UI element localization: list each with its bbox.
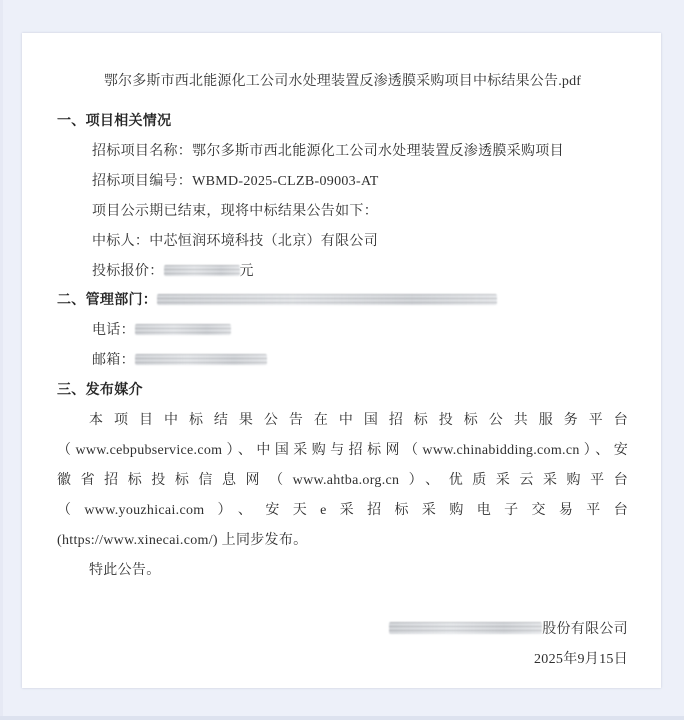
winner-line: 中标人：中芯恒润环境科技（北京）有限公司 bbox=[57, 227, 628, 257]
project-code-line: 招标项目编号：WBMD-2025-CLZB-09003-AT bbox=[57, 167, 628, 197]
redacted-phone bbox=[135, 324, 231, 335]
section-1-heading: 一、项目相关情况 bbox=[57, 107, 628, 137]
document-content: 鄂尔多斯市西北能源化工公司水处理装置反渗透膜采购项目中标结果公告.pdf 一、项… bbox=[57, 33, 628, 675]
project-name-line: 招标项目名称：鄂尔多斯市西北能源化工公司水处理装置反渗透膜采购项目 bbox=[57, 137, 628, 167]
winner-value: 中芯恒润环境科技（北京）有限公司 bbox=[149, 234, 378, 249]
announcement-paragraph-line: (https://www.xinecai.com/) 上同步发布。 bbox=[57, 526, 628, 556]
announcement-paragraph-line: （www.youzhicai.com）、安天e采招标采购电子交易平台 bbox=[57, 496, 628, 526]
announcement-paragraph-line: 徽省招标投标信息网（www.ahtba.org.cn）、优质采云采购平台 bbox=[57, 466, 628, 496]
publicity-notice-line: 项目公示期已结束，现将中标结果公告如下： bbox=[57, 197, 628, 227]
document-body: 一、项目相关情况 招标项目名称：鄂尔多斯市西北能源化工公司水处理装置反渗透膜采购… bbox=[57, 107, 628, 675]
project-code-value: WBMD-2025-CLZB-09003-AT bbox=[192, 174, 379, 189]
email-label: 邮箱： bbox=[92, 353, 135, 368]
document-title: 鄂尔多斯市西北能源化工公司水处理装置反渗透膜采购项目中标结果公告.pdf bbox=[57, 73, 628, 91]
email-line: 邮箱： bbox=[57, 346, 628, 376]
announcement-date: 2025年9月15日 bbox=[57, 645, 628, 675]
redacted-email bbox=[135, 354, 267, 365]
phone-line: 电话： bbox=[57, 316, 628, 346]
app-window: { "colors": { "page_background": "#edf0f… bbox=[0, 0, 684, 720]
project-name-label: 招标项目名称： bbox=[92, 144, 192, 159]
announcement-paragraph-line: 本项目中标结果公告在中国招标投标公共服务平台 bbox=[57, 406, 628, 436]
signature-line: 股份有限公司 bbox=[57, 615, 628, 645]
winner-label: 中标人： bbox=[92, 234, 149, 249]
project-code-label: 招标项目编号： bbox=[92, 174, 192, 189]
section-2-heading-line: 二、管理部门： bbox=[57, 286, 628, 316]
section-2-heading: 二、管理部门： bbox=[57, 293, 157, 308]
redacted-bid-price bbox=[164, 265, 240, 276]
announcement-paragraph-line: （www.cebpubservice.com）、中国采购与招标网（www.chi… bbox=[57, 436, 628, 466]
redacted-company-name bbox=[389, 622, 542, 634]
bid-price-label: 投标报价： bbox=[92, 264, 164, 279]
bid-price-unit: 元 bbox=[240, 264, 254, 279]
phone-label: 电话： bbox=[92, 323, 135, 338]
redacted-department bbox=[157, 294, 497, 305]
section-3-heading: 三、发布媒介 bbox=[57, 376, 628, 406]
spacer bbox=[57, 586, 628, 616]
company-suffix: 股份有限公司 bbox=[542, 622, 628, 637]
project-name-value: 鄂尔多斯市西北能源化工公司水处理装置反渗透膜采购项目 bbox=[192, 144, 564, 159]
bid-price-line: 投标报价：元 bbox=[57, 257, 628, 287]
pdf-page: 鄂尔多斯市西北能源化工公司水处理装置反渗透膜采购项目中标结果公告.pdf 一、项… bbox=[22, 33, 661, 688]
closing-statement: 特此公告。 bbox=[57, 556, 628, 586]
